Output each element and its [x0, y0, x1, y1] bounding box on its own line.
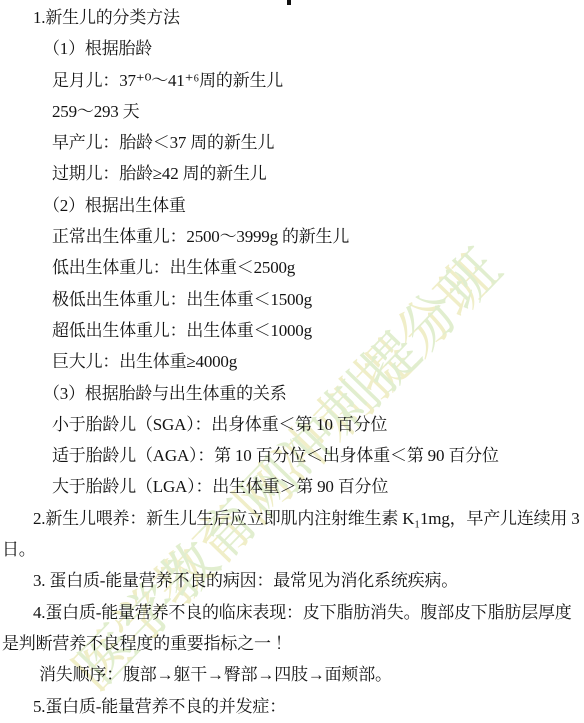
doc-line: 过期儿：胎龄≥42 周的新生儿	[0, 158, 584, 189]
doc-line: 超低出生体重儿：出生体重＜1000g	[0, 315, 584, 346]
doc-line: 消失顺序：腹部→躯干→臀部→四肢→面颊部。	[0, 659, 584, 690]
doc-line: 足月儿：37⁺⁰～41⁺⁶周的新生儿	[0, 65, 584, 96]
doc-line: 5.蛋白质-能量营养不良的并发症：	[0, 691, 584, 722]
cropped-text-remnant	[287, 0, 291, 5]
doc-line: 巨大儿：出生体重≥4000g	[0, 346, 584, 377]
doc-line: （3）根据胎龄与出生体重的关系	[0, 378, 584, 409]
document-page: 医学教育网冲刺提分班 医学教育网冲刺提分班 1.新生儿的分类方法（1）根据胎龄足…	[0, 0, 584, 723]
doc-line: 早产儿：胎龄＜37 周的新生儿	[0, 127, 584, 158]
doc-line: 大于胎龄儿（LGA）：出生体重＞第 90 百分位	[0, 471, 584, 502]
doc-line: 极低出生体重儿：出生体重＜1500g	[0, 284, 584, 315]
doc-line: （1）根据胎龄	[0, 33, 584, 64]
doc-line: 小于胎龄儿（SGA）：出身体重＜第 10 百分位	[0, 409, 584, 440]
doc-line: 3. 蛋白质-能量营养不良的病因：最常见为消化系统疾病。	[0, 565, 584, 596]
doc-line: 正常出生体重儿：2500～3999g 的新生儿	[0, 221, 584, 252]
doc-line: （2）根据出生体重	[0, 190, 584, 221]
doc-line: 1.新生儿的分类方法	[0, 2, 584, 33]
doc-line: 低出生体重儿：出生体重＜2500g	[0, 252, 584, 283]
doc-line: 日。	[0, 534, 584, 565]
doc-line: 是判断营养不良程度的重要指标之一 ！	[0, 628, 584, 659]
doc-line: 259～293 天	[0, 96, 584, 127]
doc-line: 4.蛋白质-能量营养不良的临床表现：皮下脂肪消失。腹部皮下脂肪层厚度	[0, 597, 584, 628]
document-body: 1.新生儿的分类方法（1）根据胎龄足月儿：37⁺⁰～41⁺⁶周的新生儿259～2…	[0, 2, 584, 722]
doc-line: 2.新生儿喂养：新生儿生后应立即肌内注射维生素 K₁1mg，早产儿连续用 3	[0, 503, 584, 534]
doc-line: 适于胎龄儿（AGA）：第 10 百分位＜出身体重＜第 90 百分位	[0, 440, 584, 471]
